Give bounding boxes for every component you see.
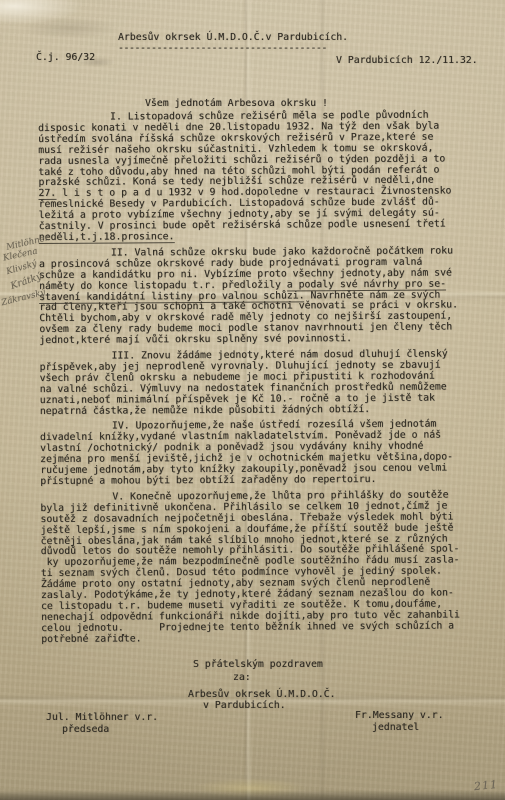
closing-za: za: <box>233 673 251 684</box>
paragraph: III. Znovu žádáme jednoty,které nám dosu… <box>39 349 491 417</box>
place-and-date: V Pardubicích 12./11.32. <box>336 56 478 67</box>
signature-left-role: předseda <box>62 725 109 736</box>
closing-greeting: S přátelským pozdravem <box>193 660 323 671</box>
scanned-letter-page: Arbesův okrsek Ú.M.D.O.Č.v Pardubicích. … <box>0 0 505 800</box>
letterhead-underline-dashes: -------------------------------------- <box>118 44 327 55</box>
underlined-text: neděli,t.j.18.prosince. <box>39 231 175 244</box>
paragraph-line: nepatrná částka,že nemůže nikde působiti… <box>40 404 492 418</box>
paragraph-line: potřebné zařiďte. <box>41 632 493 646</box>
reference-number: Č.j. 96/32 <box>36 53 95 64</box>
paragraph: II. Valná schůze okrsku bude jako každor… <box>39 246 492 347</box>
signature-org-place: v Pardubicích. <box>203 701 286 712</box>
paragraph-line: neděli,t.j.18.prosince. <box>39 230 491 244</box>
paragraph: IV. Upozorňujeme,že naše ústředí rozesíl… <box>40 420 492 488</box>
signature-left-name: Jul. Mitlöhner v.r. <box>46 713 158 724</box>
signature-right-name: Fr.Messany v.r. <box>355 711 443 722</box>
pencil-page-number: 211 <box>473 778 498 793</box>
signature-right-role: jednatel <box>372 723 419 734</box>
paragraph-line: přístupné a mohou býti bez obtíží zařadě… <box>40 474 492 488</box>
letter-body: I. Listopadová schůze režisérů měla se p… <box>38 110 493 650</box>
paragraph-line: jednot,které mají vůči okrsku splněny sv… <box>39 333 491 347</box>
salutation-line: Všem jednotám Arbesova okrsku ! <box>145 99 328 110</box>
paragraph: V. Konečně upozorňujeme,že lhůta pro při… <box>40 490 493 645</box>
paragraph: I. Listopadová schůze režisérů měla se p… <box>38 110 491 244</box>
